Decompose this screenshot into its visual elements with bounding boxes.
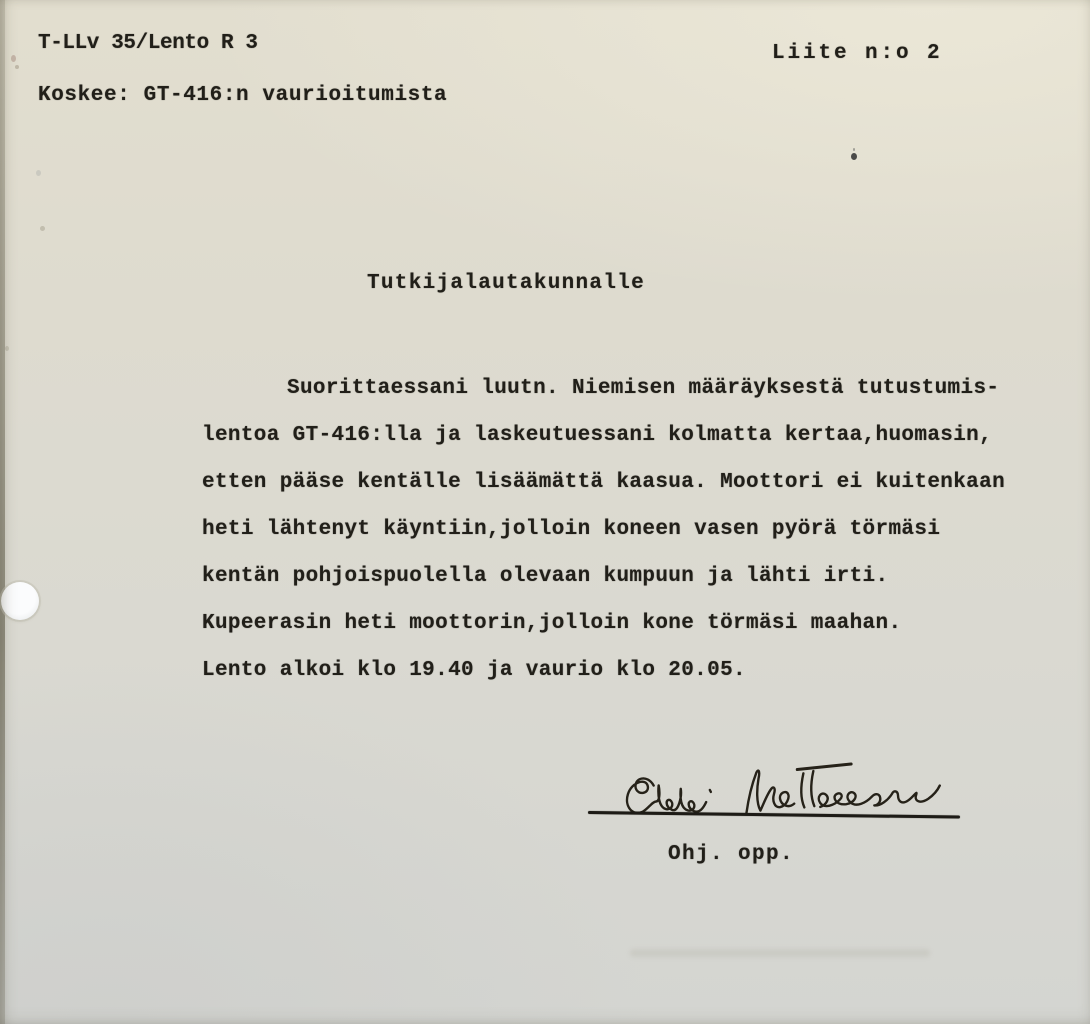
- subject-line: Koskee: GT-416:n vaurioitumista: [38, 83, 447, 109]
- paper-speck: [5, 346, 9, 351]
- body-line: Suorittaessani luutn. Niemisen määräykse…: [202, 365, 1032, 412]
- body-line: kentän pohjoispuolella olevaan kumpuun j…: [202, 553, 1032, 600]
- body-line: heti lähtenyt käyntiin,jolloin koneen va…: [202, 506, 1032, 553]
- paper-speck: [40, 226, 45, 231]
- paper-speck: [15, 65, 19, 69]
- signature-ink: [597, 755, 965, 837]
- body-line: Kupeerasin heti moottorin,jolloin kone t…: [202, 600, 1032, 647]
- attachment-number: Liite n:o 2: [772, 41, 943, 67]
- body-line: Lento alkoi klo 19.40 ja vaurio klo 20.0…: [202, 647, 1032, 694]
- body-line: etten pääse kentälle lisäämättä kaasua. …: [202, 459, 1032, 506]
- letter-body: Suorittaessani luutn. Niemisen määräykse…: [202, 365, 1032, 694]
- hole-punch: [1, 582, 39, 620]
- document-reference: T-LLv 35/Lento R 3: [38, 31, 258, 57]
- signer-title: Ohj. opp.: [668, 842, 794, 868]
- salutation: Tutkijalautakunnalle: [367, 271, 645, 297]
- scanned-document-page: T-LLv 35/Lento R 3 Liite n:o 2 Koskee: G…: [0, 0, 1090, 1024]
- show-through-smudge: [630, 949, 930, 957]
- body-line: lentoa GT-416:lla ja laskeutuessani kolm…: [202, 412, 1032, 459]
- paper-speck: [11, 55, 16, 62]
- handwritten-signature: [597, 755, 965, 837]
- page-edge-shadow: [0, 0, 5, 1024]
- paper-speck: [36, 170, 41, 176]
- ink-speck: [851, 153, 857, 160]
